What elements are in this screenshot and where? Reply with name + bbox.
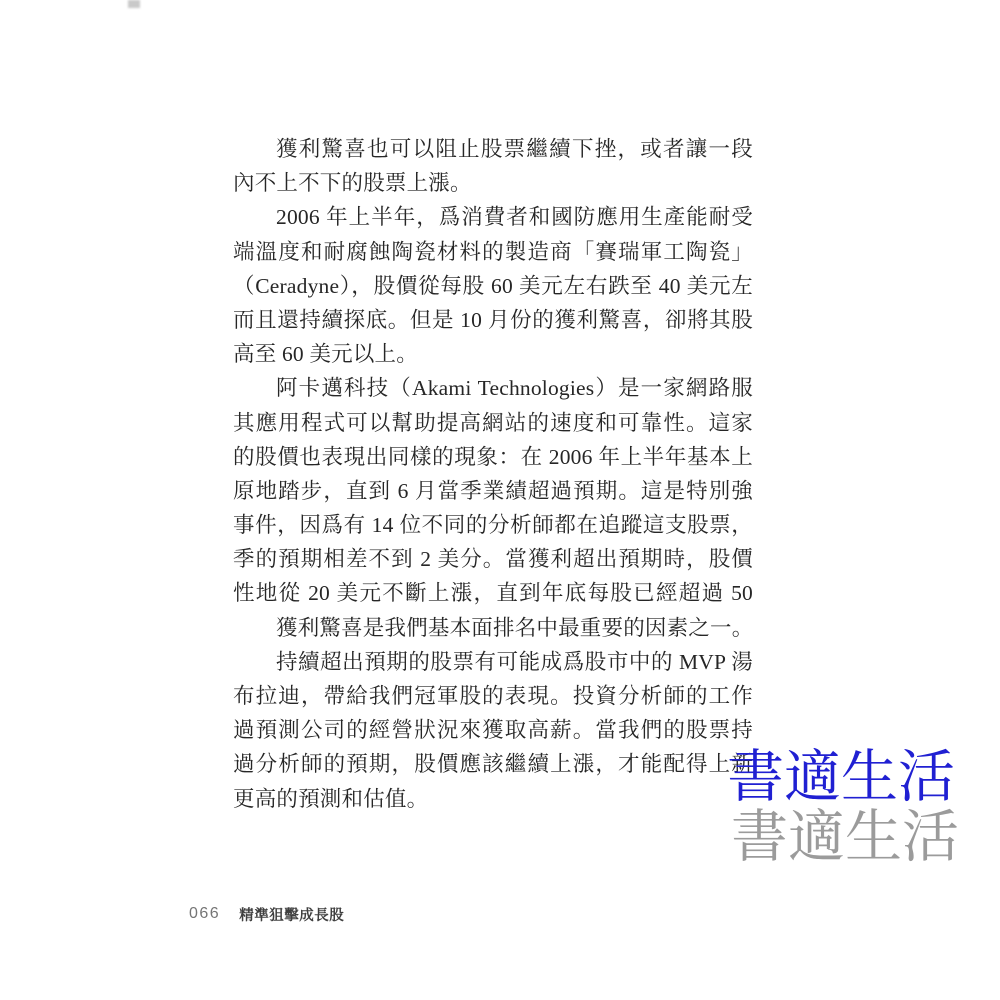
text-line: 高至 60 美元以上。 <box>233 337 753 371</box>
text-line: 獲利驚喜是我們基本面排名中最重要的因素之一。 <box>233 611 753 645</box>
watermark-blue: 書適生活 <box>727 749 955 806</box>
book-title: 精準狙擊成長股 <box>239 904 344 925</box>
text-line: 過預測公司的經營狀況來獲取高薪。當我們的股票持續超 <box>233 713 753 747</box>
text-line: 端溫度和耐腐蝕陶瓷材料的製造商「賽瑞軍工陶瓷」 <box>233 235 753 269</box>
text-line: 持續超出預期的股票有可能成爲股市中的 MVP 湯姆・ <box>233 645 753 679</box>
text-line: 獲利驚喜也可以阻止股票繼續下挫，或者讓一段時間 <box>233 132 753 166</box>
page-number: 066 <box>189 905 220 923</box>
text-line: 過分析師的預期，股價應該繼續上漲，才能配得上新的、 <box>233 747 753 781</box>
book-page: 獲利驚喜也可以阻止股票繼續下挫，或者讓一段時間 內不上不下的股票上漲。 2006… <box>0 0 1000 1000</box>
watermark-gray: 書適生活 <box>731 809 959 866</box>
text-line: 而且還持續探底。但是 10 月份的獲利驚喜，卻將其股價推 <box>233 303 753 337</box>
text-line: 更高的預測和估值。 <box>233 782 753 816</box>
text-line: 事件，因爲有 14 位不同的分析師都在追蹤這支股票，對該 <box>233 508 753 542</box>
text-line: 季的預期相差不到 2 美分。當獲利超出預期時，股價便戲劇 <box>233 542 753 576</box>
text-line: 其應用程式可以幫助提高網站的速度和可靠性。這家公司 <box>233 406 753 440</box>
scan-artifact <box>128 0 140 8</box>
text-line: （Ceradyne），股價從每股 60 美元左右跌至 40 美元左右， <box>233 269 753 303</box>
text-line: 阿卡邁科技（Akami Technologies）是一家網路服務公司， <box>233 371 753 405</box>
text-line: 布拉迪，帶給我們冠軍股的表現。投資分析師的工作是透 <box>233 679 753 713</box>
body-text: 獲利驚喜也可以阻止股票繼續下挫，或者讓一段時間 內不上不下的股票上漲。 2006… <box>233 132 753 816</box>
text-line: 性地從 20 美元不斷上漲，直到年底每股已經超過 50 美元！ <box>233 576 753 610</box>
text-line: 原地踏步，直到 6 月當季業績超過預期。這是特別強勁的 <box>233 474 753 508</box>
page-footer: 066 精準狙擊成長股 <box>189 903 344 925</box>
text-line: 2006 年上半年，爲消費者和國防應用生產能耐受極 <box>233 200 753 234</box>
text-line: 的股價也表現出同樣的現象：在 2006 年上半年基本上呈現 <box>233 440 753 474</box>
text-line: 內不上不下的股票上漲。 <box>233 166 753 200</box>
